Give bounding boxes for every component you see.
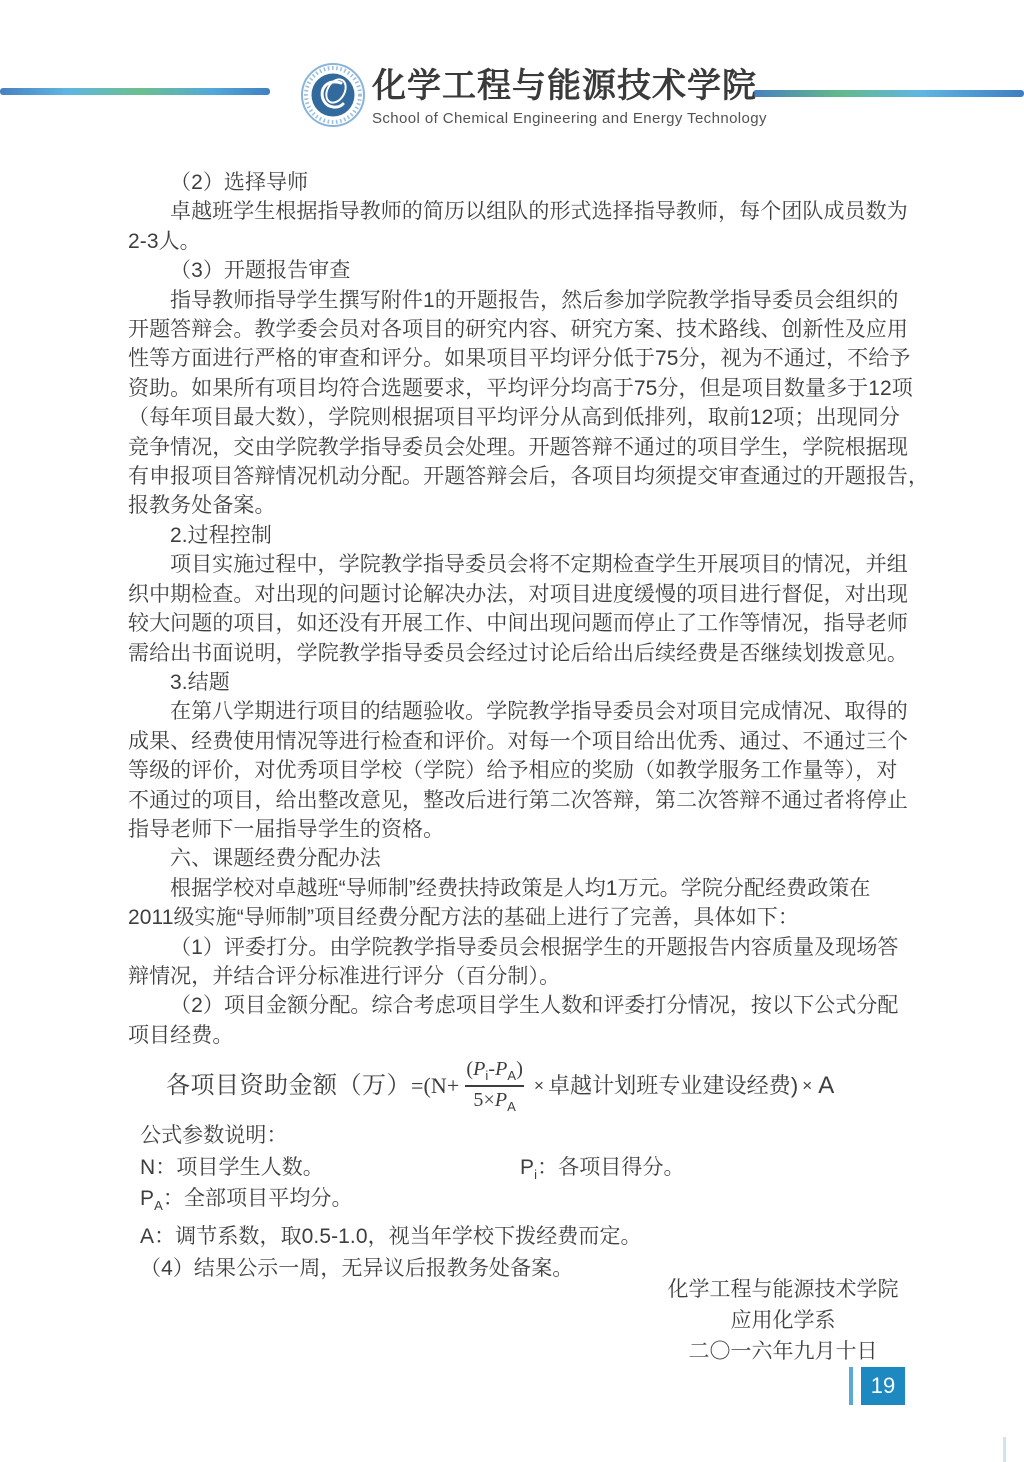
body-line: 2011级实施“导师制”项目经费分配方法的基础上进行了完善，具体如下：: [128, 903, 914, 932]
multiply-sign: ×: [534, 1071, 544, 1100]
section-heading: 2.过程控制: [128, 521, 914, 550]
section-heading: 3.结题: [128, 668, 914, 697]
page-number-bar: [849, 1367, 853, 1405]
scan-artifact-line: [1003, 1437, 1006, 1462]
body-line: 性等方面进行严格的审查和评分。如果项目平均评分低于75分，视为不通过，不给予: [128, 344, 914, 373]
body-line: （1）评委打分。由学院教学指导委员会根据学生的开题报告内容质量及现场答: [128, 933, 914, 962]
school-logo-icon: [300, 62, 366, 128]
formula-fraction: (Pi-PA) 5×PA: [462, 1057, 527, 1116]
param-n: N：项目学生人数。: [140, 1156, 324, 1179]
signature-org: 化学工程与能源技术学院: [633, 1274, 933, 1305]
formula-coefficient: A: [818, 1071, 834, 1100]
body-line: 资助。如果所有项目均符合选题要求，平均评分均高于75分，但是项目数量多于12项: [128, 374, 914, 403]
body-line: 辩情况，并结合评分标准进行评分（百分制）。: [128, 962, 914, 991]
header-divider-left: [0, 88, 270, 95]
body-line: 指导老师下一届指导学生的资格。: [128, 815, 914, 844]
body-line: 织中期检查。对出现的问题讨论解决办法，对项目进度缓慢的项目进行督促，对出现: [128, 580, 914, 609]
document-body: （2）选择导师 卓越班学生根据指导教师的简历以组队的形式选择指导教师，每个团队成…: [128, 168, 914, 1284]
formula-equals: =(N+: [411, 1071, 459, 1100]
fraction-numerator: (Pi-PA): [462, 1057, 527, 1085]
body-line: 成果、经费使用情况等进行检查和评价。对每一个项目给出优秀、通过、不通过三个: [128, 727, 914, 756]
param-a: A：调节系数，取0.5-1.0，视当年学校下拨经费而定。: [128, 1221, 914, 1252]
formula-tail: 卓越计划班专业建设经费): [548, 1071, 798, 1100]
params-title: 公式参数说明：: [128, 1120, 914, 1151]
fraction-denominator: 5×PA: [465, 1085, 524, 1115]
body-line: （3）开题报告审查: [128, 256, 914, 285]
body-line: （2）项目金额分配。综合考虑项目学生人数和评委打分情况，按以下公式分配: [128, 991, 914, 1020]
body-line: 有申报项目答辩情况机动分配。开题答辩会后，各项目均须提交审查通过的开题报告，: [128, 462, 914, 491]
body-line: 报教务处备案。: [128, 491, 914, 520]
param-pa: PA：全部项目平均分。: [128, 1183, 914, 1221]
param-row-n-pi: N：项目学生人数。 Pi：各项目得分。: [128, 1152, 914, 1183]
body-line: 在第八学期进行项目的结题验收。学院教学指导委员会对项目完成情况、取得的: [128, 697, 914, 726]
body-line: 较大问题的项目，如还没有开展工作、中间出现问题而停止了工作等情况，指导老师: [128, 609, 914, 638]
body-line: （2）选择导师: [128, 168, 914, 197]
funding-formula: 各项目资助金额（万） =(N+ (Pi-PA) 5×PA × 卓越计划班专业建设…: [128, 1054, 914, 1118]
body-line: 2-3人。: [128, 227, 914, 256]
header-divider-right: [753, 90, 1024, 97]
signature-dept: 应用化学系: [633, 1305, 933, 1336]
body-line: （每年项目最大数），学院则根据项目平均评分从高到低排列，取前12项；出现同分: [128, 403, 914, 432]
body-line: 卓越班学生根据指导教师的简历以组队的形式选择指导教师，每个团队成员数为: [128, 197, 914, 226]
body-line: 需给出书面说明，学院教学指导委员会经过讨论后给出后续经费是否继续划拨意见。: [128, 639, 914, 668]
formula-label: 各项目资助金额（万）: [166, 1071, 411, 1100]
school-title-en: School of Chemical Engineering and Energ…: [372, 110, 772, 127]
body-line: 不通过的项目，给出整改意见，整改后进行第二次答辩，第二次答辩不通过者将停止: [128, 786, 914, 815]
body-line: 竞争情况，交由学院教学指导委员会处理。开题答辩不通过的项目学生，学院根据现: [128, 433, 914, 462]
document-page: { "header": { "title_cn": "化学工程与能源技术学院",…: [0, 0, 1024, 1462]
body-line: 等级的评价，对优秀项目学校（学院）给予相应的奖励（如教学服务工作量等），对: [128, 756, 914, 785]
header-title-block: 化学工程与能源技术学院 School of Chemical Engineeri…: [372, 64, 772, 127]
body-line: 根据学校对卓越班“导师制”经费扶持政策是人均1万元。学院分配经费政策在: [128, 874, 914, 903]
body-line: 项目经费。: [128, 1021, 914, 1050]
page-number-badge: 19: [861, 1367, 905, 1405]
body-line: 项目实施过程中，学院教学指导委员会将不定期检查学生开展项目的情况，并组: [128, 550, 914, 579]
multiply-sign: ×: [802, 1071, 812, 1100]
signature-block: 化学工程与能源技术学院 应用化学系 二〇一六年九月十日: [633, 1274, 933, 1367]
school-title-cn: 化学工程与能源技术学院: [372, 64, 772, 108]
signature-date: 二〇一六年九月十日: [633, 1336, 933, 1367]
body-line: 开题答辩会。教学委会员对各项目的研究内容、研究方案、技术路线、创新性及应用: [128, 315, 914, 344]
body-line: 指导教师指导学生撰写附件1的开题报告，然后参加学院教学指导委员会组织的: [128, 286, 914, 315]
section-heading: 六、课题经费分配办法: [128, 844, 914, 873]
